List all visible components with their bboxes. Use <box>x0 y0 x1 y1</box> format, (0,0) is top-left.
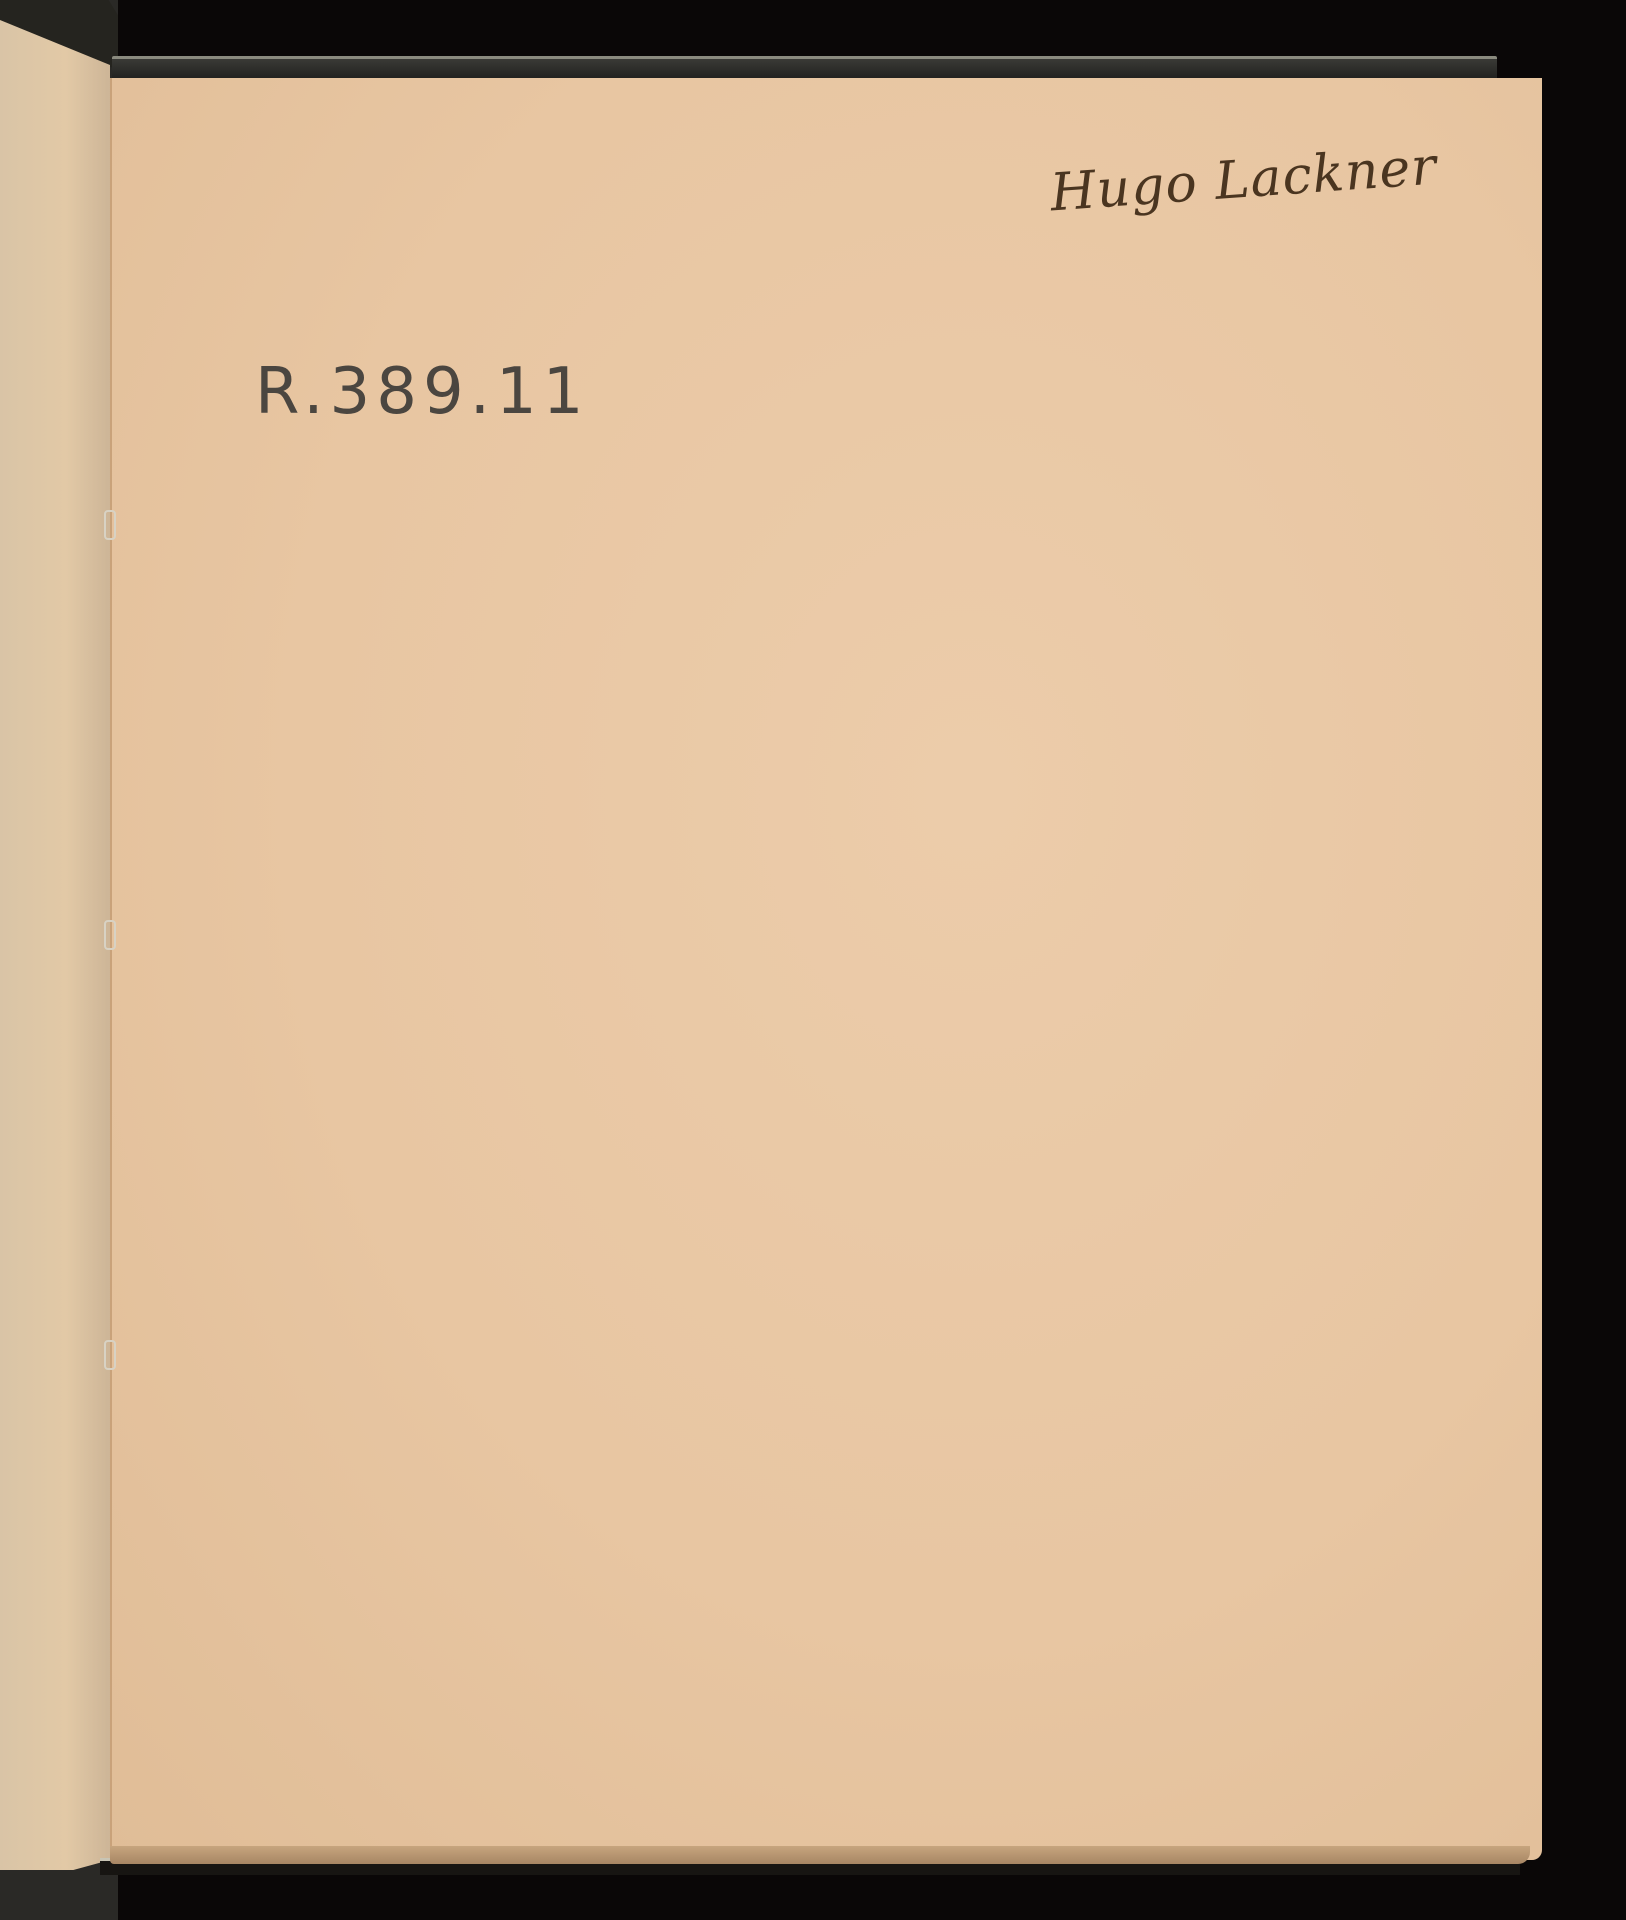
binding-stitch <box>104 920 116 950</box>
endpaper-page <box>110 78 1542 1860</box>
pencil-shelfmark: R.389.11 <box>255 355 589 429</box>
binding-stitch <box>104 510 116 540</box>
page-block-edge <box>110 1846 1530 1864</box>
left-page <box>0 20 110 1870</box>
binding-stitch <box>104 1340 116 1370</box>
